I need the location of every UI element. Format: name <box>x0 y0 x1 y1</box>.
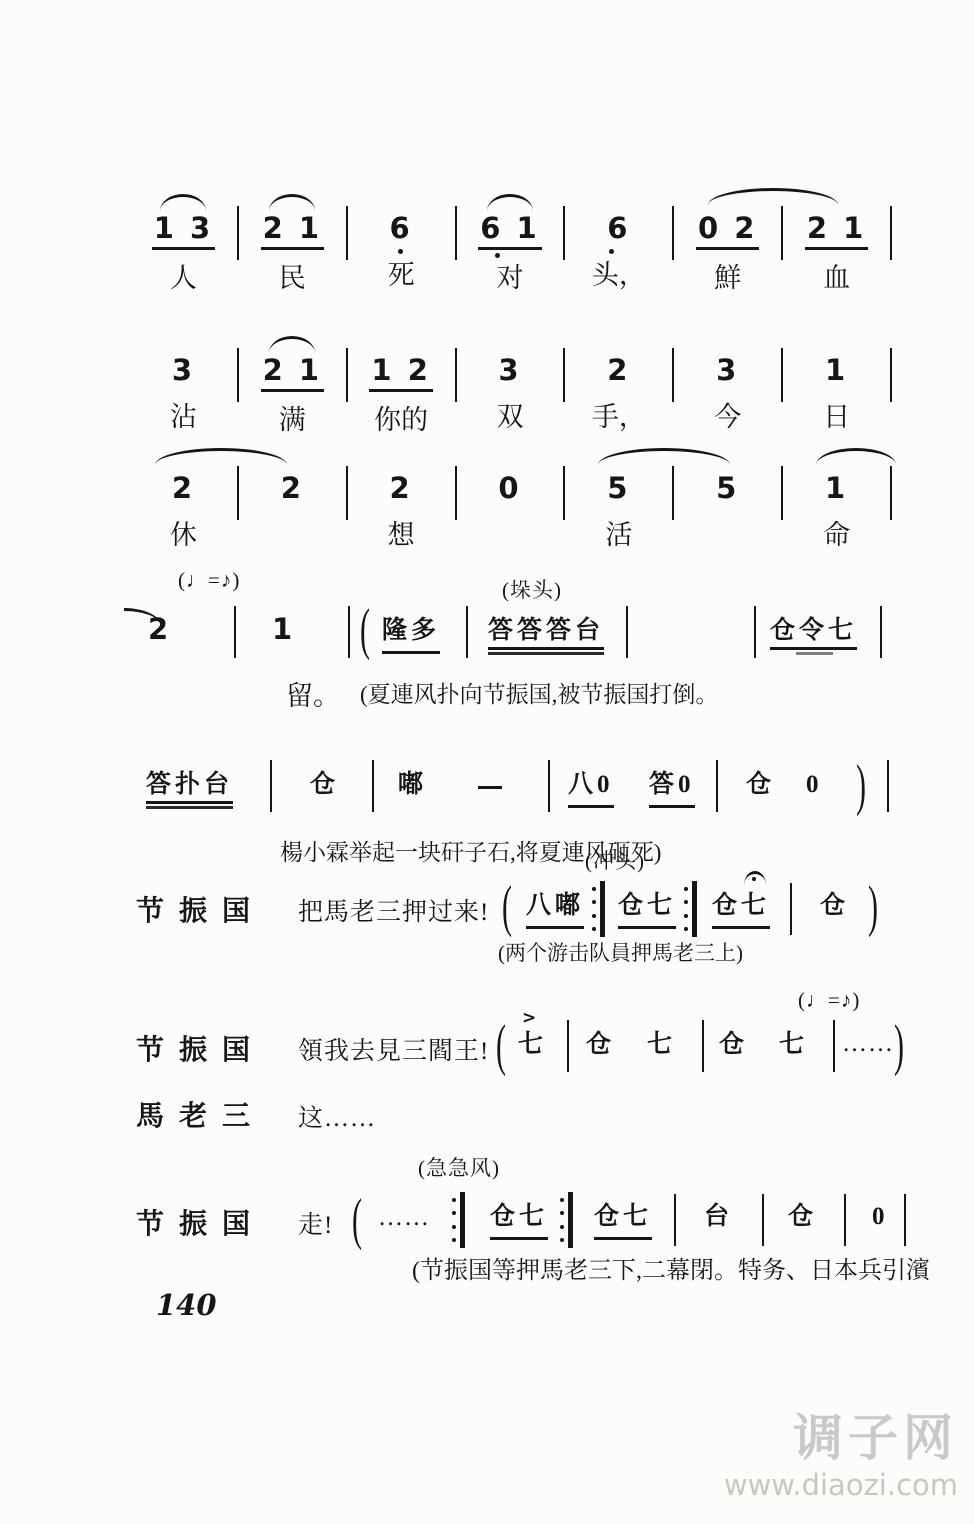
dialog-line-4: (急急风) 节振国 走! ( …… 仓七 仓七 台 仓 0 (节振国等押馬老三下… <box>130 1150 892 1285</box>
percussion-cell: 仓 <box>820 889 849 923</box>
note-figures: 2 1 <box>261 351 324 392</box>
measure: 5 活 <box>565 469 672 550</box>
barline <box>626 606 628 658</box>
opening-paren: ( <box>352 1189 362 1254</box>
note-figures: 3 <box>496 351 523 389</box>
percussion-cell: 仓 <box>788 1200 817 1234</box>
speaker-name: 馬老三 <box>136 1094 265 1134</box>
duration-dash <box>478 786 502 789</box>
percussion-cell: 七 <box>518 1028 547 1062</box>
dialog-text: 走! <box>298 1205 333 1241</box>
accent-mark: > <box>522 1008 536 1028</box>
lyric: 双 <box>497 402 524 432</box>
notation-line-3: 2 休 2 2 想 0 5 活 5 <box>130 452 892 570</box>
watermark-site-url: www.diaozi.com <box>724 1468 958 1502</box>
barline <box>234 606 236 658</box>
note-figures: 6 <box>605 209 632 247</box>
lyric: 手， <box>592 402 646 432</box>
barline <box>567 1020 569 1072</box>
note-figures: 2 1 <box>805 209 868 250</box>
ellipsis: …… <box>378 1204 430 1232</box>
repeat-sign <box>560 1192 573 1248</box>
section-label: (冲头) <box>585 845 645 875</box>
barline <box>790 883 792 935</box>
dialog-text: 領我去見三閻王! <box>298 1031 489 1067</box>
lyric: 血 <box>823 263 850 293</box>
percussion-cell: 0 <box>806 768 823 802</box>
measure: 2 想 <box>348 469 455 550</box>
note-figures: 0 <box>496 469 523 507</box>
percussion-cell: 仓 <box>586 1028 615 1062</box>
note-figures: 1 3 <box>152 209 215 250</box>
note-figures: 1 <box>823 351 850 389</box>
barline <box>833 1020 835 1072</box>
note-figures: 2 <box>388 469 415 507</box>
lyric: 鮮 <box>714 263 741 293</box>
dialog-line-3: 馬老三 这…… <box>130 1094 892 1136</box>
barline <box>372 760 374 812</box>
percussion-cell: 台 <box>704 1200 733 1234</box>
stage-direction: (节振国等押馬老三下,二幕閉。特务、日本兵引濱 <box>412 1250 930 1285</box>
measure: 0 <box>457 469 564 550</box>
measure: 2 休 <box>130 469 237 550</box>
lyric: 日 <box>823 402 850 432</box>
lyric: 头， <box>592 260 646 290</box>
measure: 2 1 血 <box>783 209 890 293</box>
closing-paren: ) <box>868 876 878 941</box>
lyric: 命 <box>823 520 850 550</box>
lyric: 休 <box>170 520 197 550</box>
barline <box>762 1194 764 1246</box>
percussion-cell: 答答答台 <box>488 617 604 650</box>
measure: 1 命 <box>783 469 890 550</box>
measure: 0 2 鮮 <box>674 209 781 293</box>
percussion-cell: 仓七 <box>490 1200 548 1240</box>
measure: 6 死 <box>348 209 455 290</box>
closing-paren: ) <box>894 1015 904 1080</box>
note-figures: 2 <box>146 610 173 648</box>
opening-paren: ( <box>502 876 512 941</box>
note-figures: 6 <box>388 209 415 247</box>
measure: 1 日 <box>783 351 890 432</box>
percussion-cell: 仓七 <box>594 1200 652 1240</box>
tie-arc <box>708 188 838 205</box>
lyric: 今 <box>714 402 741 432</box>
measure: 6 1 对 <box>457 209 564 293</box>
barline <box>890 206 892 260</box>
repeat-sign <box>592 881 605 937</box>
tempo-mark: (♩=♪) <box>178 568 240 593</box>
note-figures: 3 <box>170 351 197 389</box>
octave-dot <box>495 253 500 258</box>
note-figures: 3 <box>714 351 741 389</box>
measure: 1 2 你的 <box>348 351 455 435</box>
section-label: (急急风) <box>418 1152 500 1182</box>
percussion-cell: 仓七 <box>618 889 676 929</box>
watermark: 调子网 www.diaozi.com <box>724 1410 958 1502</box>
note-figures: 5 <box>605 469 632 507</box>
notation-line-4: (♩=♪) 2 1 留。 ( 隆多 (垛头) 答答答台 仓令七 乙台仓 (夏連风… <box>130 568 892 718</box>
repeat-sign <box>684 881 697 937</box>
measure: 3 沾 <box>130 351 237 432</box>
barline <box>716 760 718 812</box>
measure: 1 3 人 <box>130 209 237 293</box>
barline <box>904 1194 906 1246</box>
measure: 2 1 民 <box>239 209 346 293</box>
octave-dot <box>609 249 614 254</box>
barline <box>674 1194 676 1246</box>
notation-line-1: 1 3 人 2 1 民 6 死 6 1 对 6 头， <box>130 192 892 310</box>
percussion-cell: 答0 <box>649 768 695 808</box>
note-figures: 1 <box>270 610 297 648</box>
percussion-cell: 仓 <box>746 768 775 802</box>
percussion-cell: 嘟 <box>398 768 427 802</box>
octave-dot <box>398 249 403 254</box>
barline <box>844 1194 846 1246</box>
ellipsis: …… <box>842 1030 894 1058</box>
barline <box>890 466 892 520</box>
percussion-cell: 仓七 <box>712 889 770 929</box>
note-figures: 0 2 <box>696 209 759 250</box>
note-figures: 2 <box>170 469 197 507</box>
lyric: 人 <box>170 263 197 293</box>
watermark-site-name: 调子网 <box>724 1410 958 1466</box>
percussion-cell: 七 <box>779 1028 808 1062</box>
lyric: 想 <box>388 520 415 550</box>
notation-line-2: 3 沾 2 1 满 1 2 你的 3 双 2 手， 3 今 <box>130 334 892 452</box>
percussion-cell: 0 <box>872 1200 889 1234</box>
lyric: 你的 <box>374 405 428 435</box>
lyric: 活 <box>605 520 632 550</box>
barline <box>466 606 468 658</box>
measure: 3 今 <box>674 351 781 432</box>
percussion-cell: 八嘟 <box>526 889 584 929</box>
note-figures: 1 2 <box>369 351 432 392</box>
note-figures: 6 1 <box>478 209 541 250</box>
percussion-cell: 隆多 <box>382 614 440 654</box>
measure: 2 1 满 <box>239 351 346 435</box>
percussion-cell: 答扑台 <box>146 771 233 804</box>
page-number: 140 <box>156 1288 217 1322</box>
measure: 5 <box>674 469 781 550</box>
lyric: 对 <box>497 263 524 293</box>
barline <box>702 1020 704 1072</box>
section-label: (垛头) <box>502 574 562 604</box>
measure: 6 头， <box>565 209 672 290</box>
repeat-sign <box>452 1192 465 1248</box>
speaker-name: 节振国 <box>136 889 265 929</box>
percussion-cell: 七 <box>647 1028 676 1062</box>
barline <box>270 760 272 812</box>
lyric: 死 <box>388 260 415 290</box>
percussion-cell: 仓令七 <box>770 617 857 650</box>
percussion-cell: 八0 <box>568 768 614 808</box>
percussion-cell: 仓 <box>310 768 339 802</box>
opening-paren: ( <box>360 599 370 664</box>
percussion-cell: 仓 <box>719 1028 748 1062</box>
barline <box>890 348 892 402</box>
dialog-line-1: (冲头) 节振国 把馬老三押过来! ( 八嘟 仓七 仓七 仓 ) (两个游击队員… <box>130 845 892 970</box>
note-figures: 2 <box>605 351 632 389</box>
measure: 3 双 <box>457 351 564 432</box>
measure: 2 手， <box>565 351 672 432</box>
stage-direction: (夏連风扑向节振国,被节振国打倒。 <box>360 676 718 709</box>
dialog-text: 这…… <box>298 1098 376 1134</box>
barline <box>880 606 882 658</box>
score-page: 1 3 人 2 1 民 6 死 6 1 对 6 头， <box>0 0 974 1524</box>
lyric: 沾 <box>170 402 197 432</box>
barline <box>754 606 756 658</box>
lyric: 满 <box>279 405 306 435</box>
fermata <box>744 871 766 885</box>
barline <box>548 760 550 812</box>
note-figures: 2 1 <box>261 209 324 250</box>
measure: 2 <box>239 469 346 550</box>
opening-paren: ( <box>496 1015 506 1080</box>
closing-paren: ) <box>856 755 866 820</box>
speaker-name: 节振国 <box>136 1028 265 1068</box>
note-figures: 1 <box>823 469 850 507</box>
stage-direction: (两个游击队員押馬老三上) <box>498 937 743 967</box>
note-figures: 2 <box>279 469 306 507</box>
speaker-name: 节振国 <box>136 1202 265 1242</box>
dialog-text: 把馬老三押过来! <box>298 892 489 928</box>
note-figures: 5 <box>714 469 741 507</box>
dialog-line-2: (♩=♪) 节振国 領我去見三閻王! ( > 七 仓 七 仓 七 …… ) <box>130 988 892 1080</box>
barline <box>348 606 350 658</box>
lyric: 留。 <box>286 681 340 711</box>
lyric: 民 <box>279 263 306 293</box>
barline <box>887 760 889 812</box>
tempo-mark: (♩=♪) <box>798 988 860 1013</box>
